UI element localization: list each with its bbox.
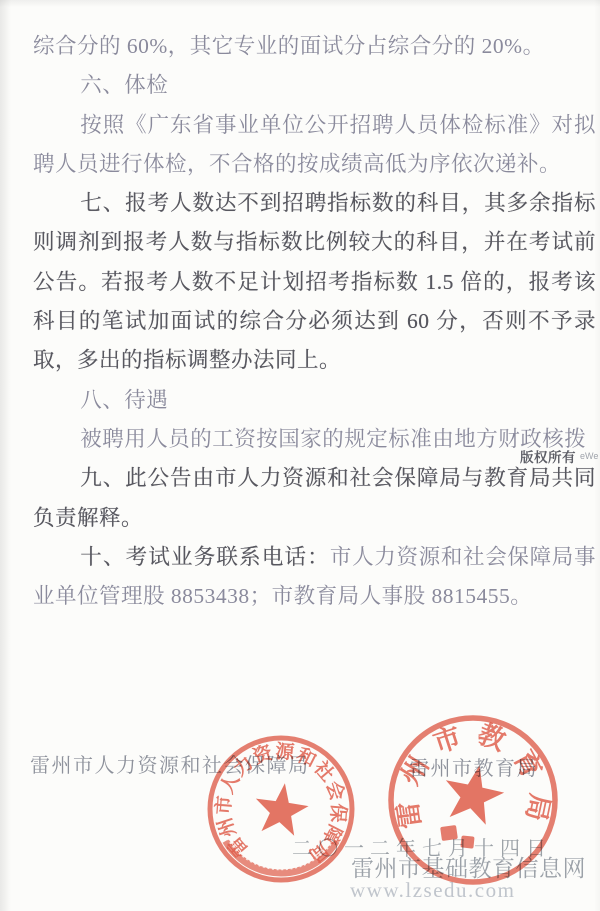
section-heading-medical-exam: 六、体检	[33, 66, 596, 105]
star-icon	[439, 759, 509, 827]
paragraph-salary: 被聘用人员的工资按国家的规定标准由地方财政核拨	[33, 420, 596, 459]
copyright-watermark: 版权所有eWe	[520, 446, 598, 466]
contact-lead-label: 十、考试业务联系电话：	[80, 545, 330, 569]
paragraph-score-ratio: 综合分的 60%，其它专业的面试分占综合分的 20%。	[33, 27, 596, 66]
copyright-watermark-note: eWe	[580, 451, 598, 461]
paragraph-quota-adjustment: 七、报考人数达不到招聘指标数的科目，其多余指标则调剂到报考人数与指标数比例较大的…	[33, 184, 596, 380]
document-body: 综合分的 60%，其它专业的面试分占综合分的 20%。 六、体检 按照《广东省事…	[33, 27, 596, 616]
education-bureau-stamp: 雷州市教育局	[385, 712, 561, 888]
star-icon	[251, 780, 311, 838]
scanned-document-page: 综合分的 60%，其它专业的面试分占综合分的 20%。 六、体检 按照《广东省事…	[0, 0, 600, 911]
hr-bureau-stamp: 雷州市人力资源和社会保障局	[201, 729, 361, 889]
stamp-ink-blob	[440, 825, 458, 841]
stamp-ink-blob	[460, 835, 474, 848]
paragraph-medical-exam: 按照《广东省事业单位公开招聘人员体检标准》对拟聘人员进行体检，不合格的按成绩高低…	[33, 106, 596, 185]
section-heading-benefits: 八、待遇	[33, 381, 596, 420]
paragraph-interpretation: 九、此公告由市人力资源和社会保障局与教育局共同负责解释。	[33, 459, 596, 538]
paragraph-contact: 十、考试业务联系电话：市人力资源和社会保障局事业单位管理股 8853438；市教…	[33, 538, 596, 617]
copyright-watermark-text: 版权所有	[520, 446, 576, 466]
